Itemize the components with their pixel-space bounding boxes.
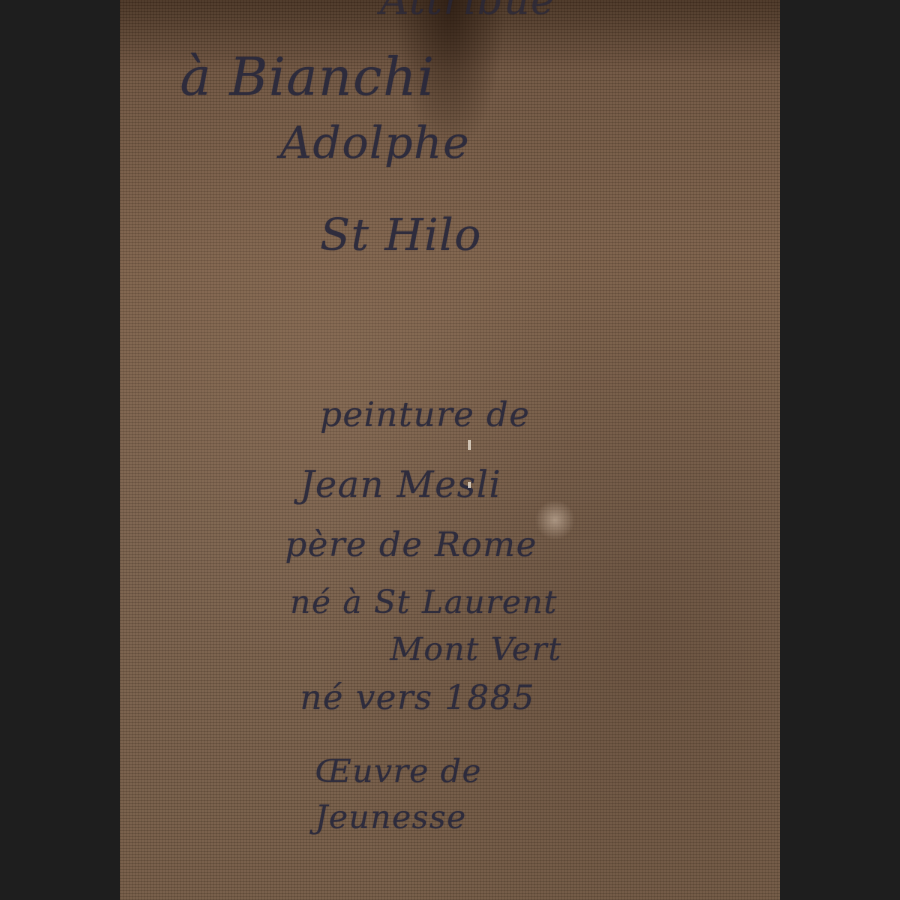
- inscription-line: Attribué: [380, 0, 555, 24]
- inscription-line: St Hilo: [320, 210, 482, 261]
- inscription-line: père de Rome: [285, 525, 537, 565]
- inscription-line: Adolphe: [280, 118, 470, 169]
- inscription-line: Jeunesse: [315, 798, 467, 836]
- paint-speck: [468, 482, 471, 488]
- canvas-back-photo: Attribué à Bianchi Adolphe St Hilo peint…: [120, 0, 780, 900]
- inscription-line: peinture de: [320, 395, 530, 435]
- canvas-stain: [535, 500, 575, 540]
- inscription-line: né à St Laurent: [290, 583, 558, 621]
- left-frame-panel: [0, 0, 120, 900]
- inscription-line: à Bianchi: [180, 48, 435, 108]
- inscription-line: né vers 1885: [300, 678, 535, 718]
- inscription-line: Jean Mesli: [300, 465, 502, 506]
- paint-speck: [468, 440, 471, 450]
- right-frame-panel: [780, 0, 900, 900]
- inscription-line: Œuvre de: [315, 752, 482, 790]
- inscription-line: Mont Vert: [390, 630, 562, 668]
